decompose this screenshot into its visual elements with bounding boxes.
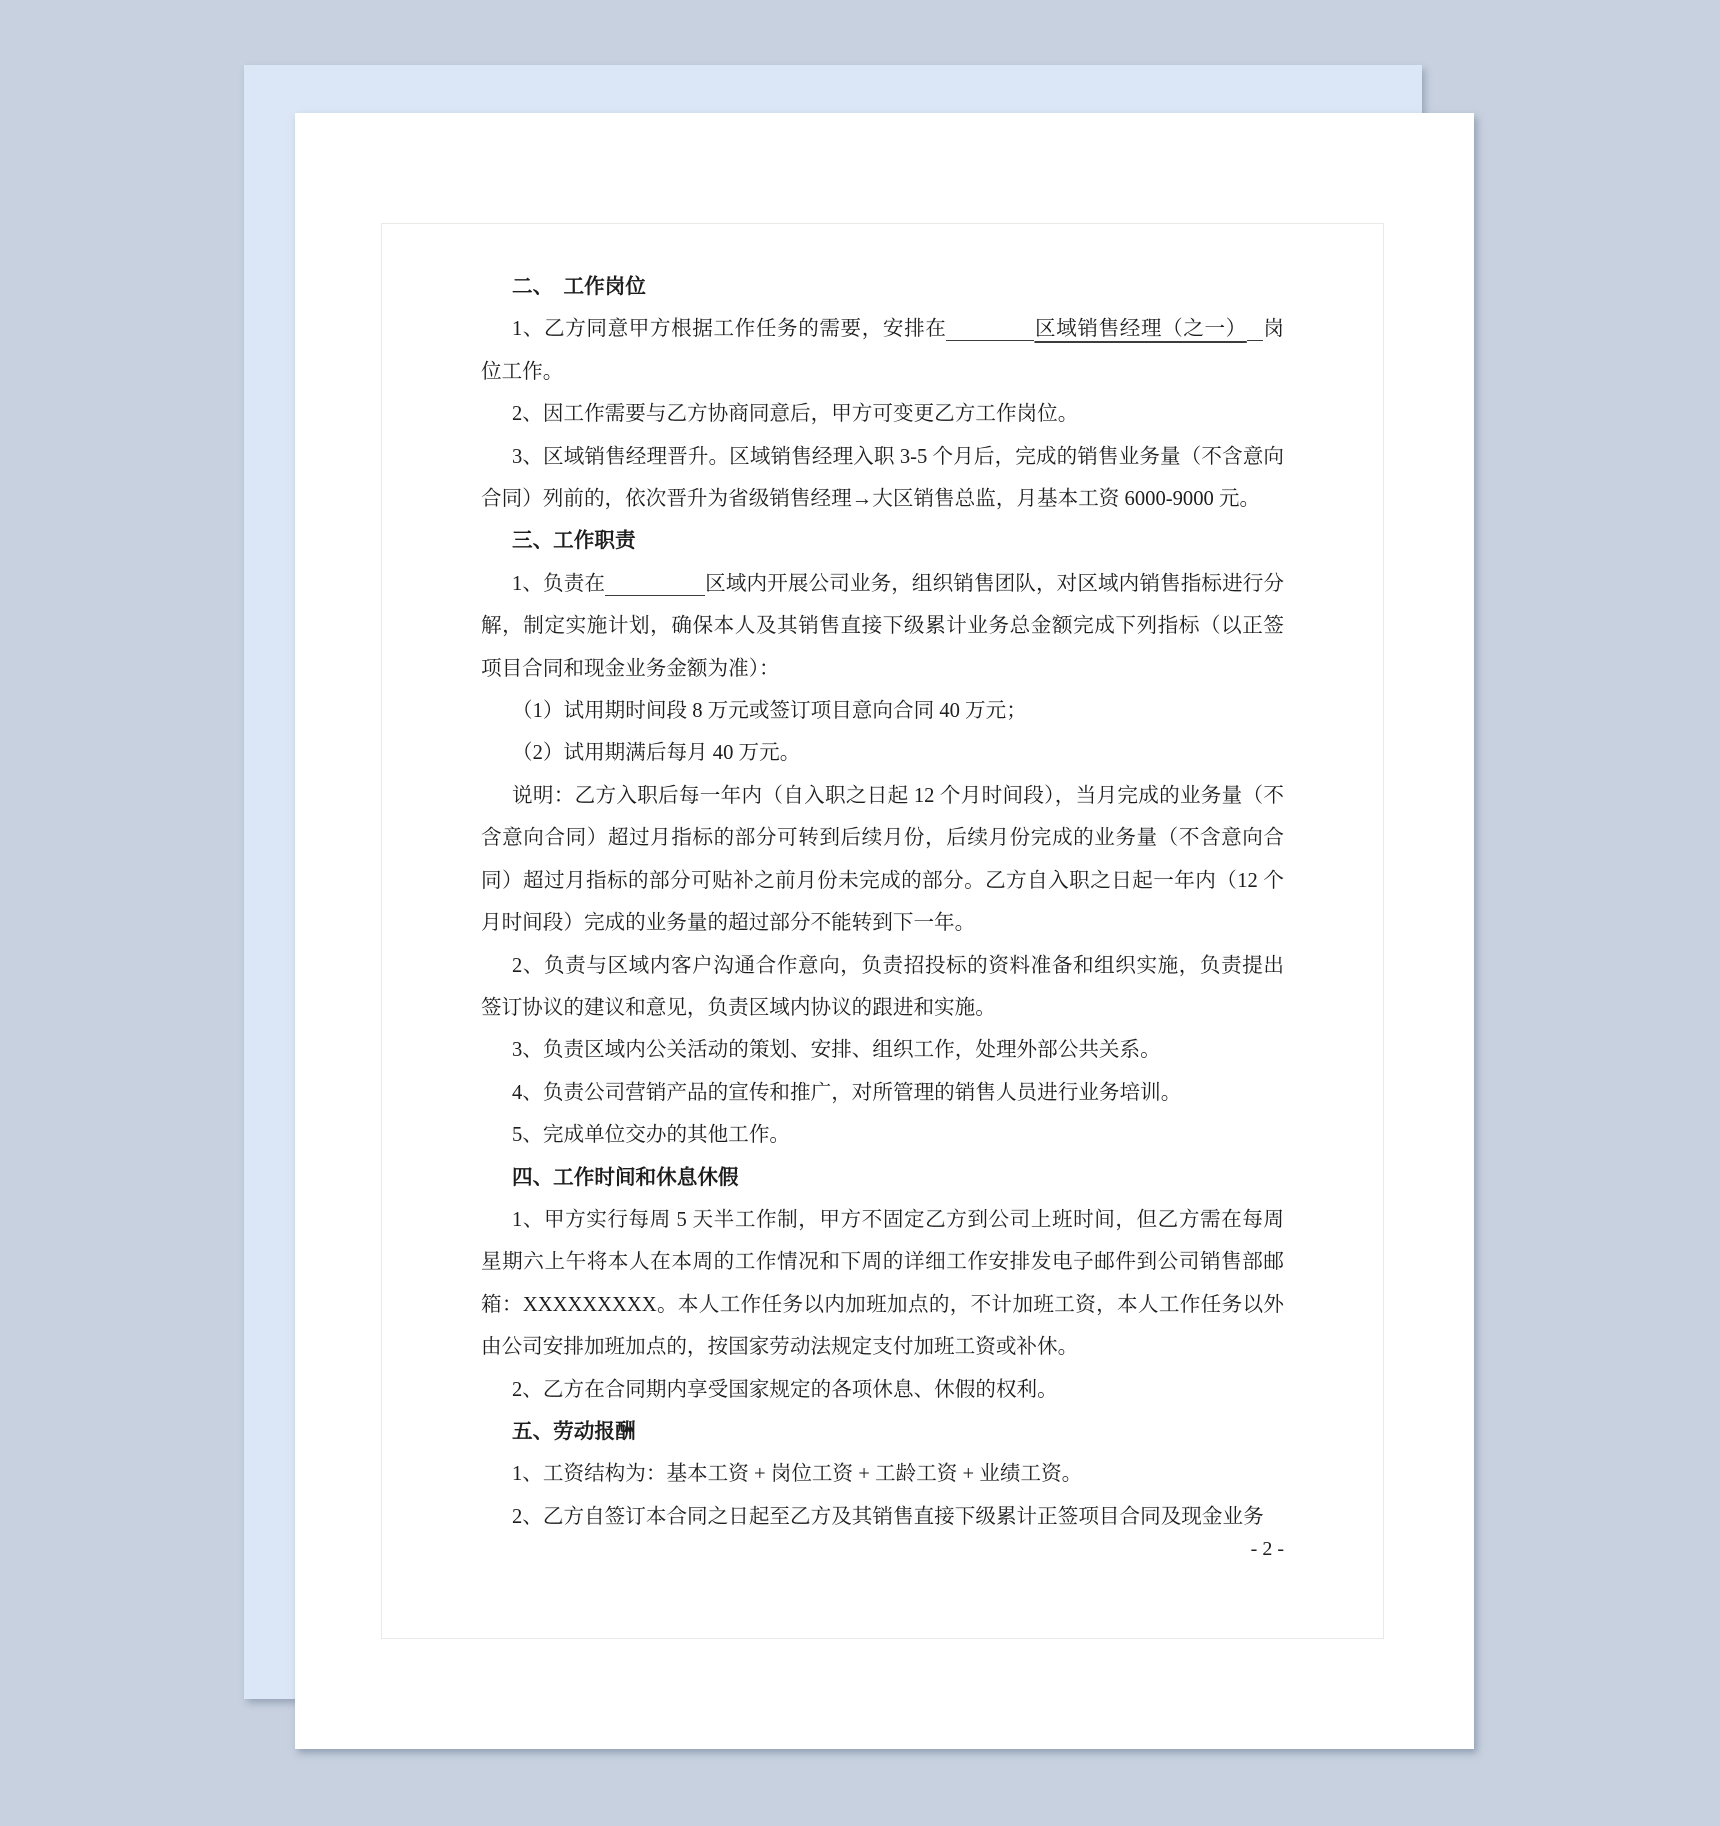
- clause-position-change: 2、因工作需要与乙方协商同意后，甲方可变更乙方工作岗位。: [481, 393, 1284, 435]
- section-heading-work-duties: 三、工作职责: [481, 520, 1284, 562]
- clause-target-probation: （1）试用期时间段 8 万元或签订项目意向合同 40 万元；: [481, 690, 1284, 732]
- clause-text: 1、乙方同意甲方根据工作任务的需要，安排在: [512, 318, 946, 340]
- contract-page: 二、 工作岗位 1、乙方同意甲方根据工作任务的需要，安排在区域销售经理（之一）岗…: [295, 113, 1474, 1749]
- clause-position-assignment: 1、乙方同意甲方根据工作任务的需要，安排在区域销售经理（之一）岗位工作。: [481, 308, 1284, 393]
- desk-background: 二、 工作岗位 1、乙方同意甲方根据工作任务的需要，安排在区域销售经理（之一）岗…: [0, 0, 1720, 1826]
- clause-promotion: 3、区域销售经理晋升。区域销售经理入职 3-5 个月后，完成的销售业务量（不含意…: [481, 436, 1284, 521]
- underlined-position-title: 区域销售经理（之一）: [1034, 318, 1246, 340]
- fill-in-blank-region: [946, 320, 1034, 342]
- section-heading-work-position: 二、 工作岗位: [481, 266, 1284, 308]
- fill-in-blank-small: [1247, 320, 1263, 342]
- clause-work-schedule: 1、甲方实行每周 5 天半工作制，甲方不固定乙方到公司上班时间，但乙方需在每周星…: [481, 1199, 1284, 1369]
- clause-rest-rights: 2、乙方在合同期内享受国家规定的各项休息、休假的权利。: [481, 1369, 1284, 1411]
- clause-text: 1、负责在: [512, 573, 605, 595]
- clause-target-monthly: （2）试用期满后每月 40 万元。: [481, 732, 1284, 774]
- clause-target-note: 说明：乙方入职后每一年内（自入职之日起 12 个月时间段），当月完成的业务量（不…: [481, 775, 1284, 945]
- clause-duty-2: 2、负责与区域内客户沟通合作意向，负责招投标的资料准备和组织实施，负责提出签订协…: [481, 945, 1284, 1030]
- page-number: - 2 -: [1251, 1537, 1284, 1561]
- clause-duty-3: 3、负责区域内公关活动的策划、安排、组织工作，处理外部公共关系。: [481, 1029, 1284, 1071]
- section-heading-remuneration: 五、劳动报酬: [481, 1411, 1284, 1453]
- clause-salary-structure: 1、工资结构为：基本工资 + 岗位工资 + 工龄工资 + 业绩工资。: [481, 1453, 1284, 1495]
- contract-content: 二、 工作岗位 1、乙方同意甲方根据工作任务的需要，安排在区域销售经理（之一）岗…: [481, 266, 1284, 1538]
- fill-in-blank-region: [605, 574, 705, 596]
- clause-duty-4: 4、负责公司营销产品的宣传和推广，对所管理的销售人员进行业务培训。: [481, 1072, 1284, 1114]
- clause-sales-accumulation: 2、乙方自签订本合同之日起至乙方及其销售直接下级累计正签项目合同及现金业务: [481, 1496, 1284, 1538]
- clause-duty-5: 5、完成单位交办的其他工作。: [481, 1114, 1284, 1156]
- section-heading-work-hours: 四、工作时间和休息休假: [481, 1157, 1284, 1199]
- clause-duty-1: 1、负责在区域内开展公司业务，组织销售团队，对区域内销售指标进行分解，制定实施计…: [481, 563, 1284, 690]
